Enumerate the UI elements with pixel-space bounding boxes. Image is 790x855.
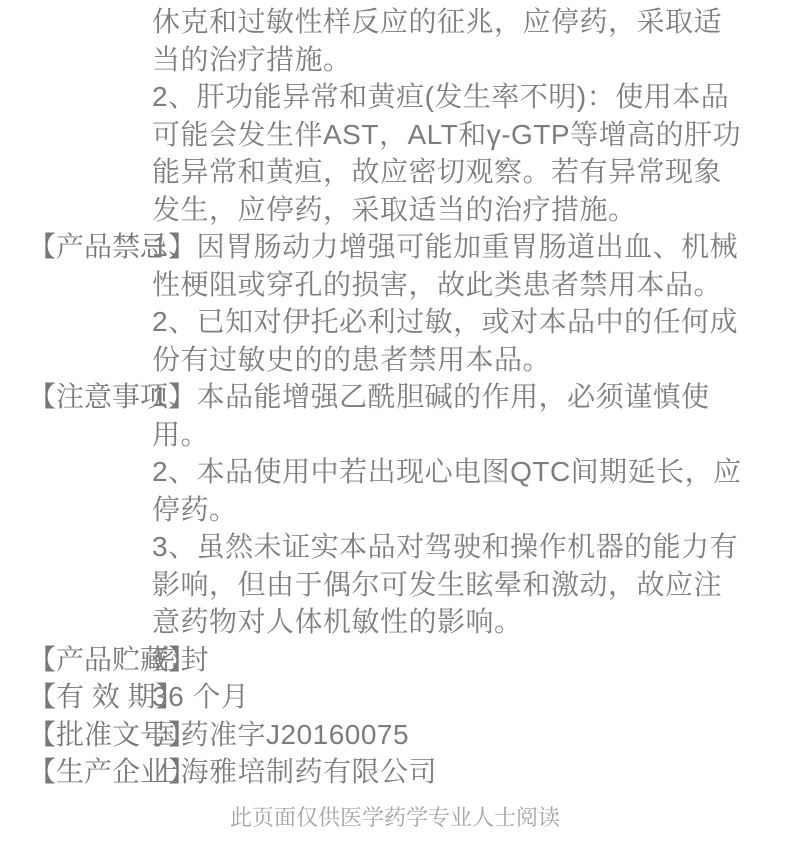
- section-content: 休克和过敏性样反应的征兆，应停药，采取适当的治疗措施。 2、肝功能异常和黄疸(发…: [152, 3, 744, 228]
- paragraph: 2、已知对伊托必利过敏，或对本品中的任何成份有过敏史的的患者禁用本品。: [152, 303, 744, 378]
- section-content: 密封: [152, 641, 744, 679]
- section-label: 【有 效 期】: [0, 678, 152, 716]
- section-label: 【生产企业】: [0, 753, 152, 791]
- section-contraindications: 【产品禁忌】 1、因胃肠动力增强可能加重胃肠道出血、机械性梗阻或穿孔的损害，故此…: [0, 228, 790, 378]
- section-adverse-reactions-continued: 休克和过敏性样反应的征兆，应停药，采取适当的治疗措施。 2、肝功能异常和黄疸(发…: [0, 3, 790, 228]
- section-content: 36 个月: [152, 678, 744, 716]
- section-shelf-life: 【有 效 期】 36 个月: [0, 678, 790, 716]
- paragraph: 2、本品使用中若出现心电图QTC间期延长，应停药。: [152, 453, 744, 528]
- section-storage: 【产品贮藏】 密封: [0, 641, 790, 679]
- section-content: 上海雅培制药有限公司: [152, 753, 744, 791]
- paragraph: 36 个月: [152, 678, 744, 716]
- drug-info-page: 休克和过敏性样反应的征兆，应停药，采取适当的治疗措施。 2、肝功能异常和黄疸(发…: [0, 0, 790, 855]
- paragraph: 1、本品能增强乙酰胆碱的作用，必须谨慎使用。: [152, 378, 744, 453]
- section-content: 1、本品能增强乙酰胆碱的作用，必须谨慎使用。 2、本品使用中若出现心电图QTC间…: [152, 378, 744, 641]
- paragraph: 国药准字J20160075: [152, 716, 744, 754]
- section-manufacturer: 【生产企业】 上海雅培制药有限公司: [0, 753, 790, 791]
- section-content: 1、因胃肠动力增强可能加重胃肠道出血、机械性梗阻或穿孔的损害，故此类患者禁用本品…: [152, 228, 744, 378]
- professional-readers-notice: 此页面仅供医学药学专业人士阅读: [0, 803, 790, 833]
- paragraph: 休克和过敏性样反应的征兆，应停药，采取适当的治疗措施。: [152, 3, 744, 78]
- paragraph: 密封: [152, 641, 744, 679]
- section-label: 【产品禁忌】: [0, 228, 152, 266]
- section-label: 【产品贮藏】: [0, 641, 152, 679]
- paragraph: 1、因胃肠动力增强可能加重胃肠道出血、机械性梗阻或穿孔的损害，故此类患者禁用本品…: [152, 228, 744, 303]
- section-label: 【注意事项】: [0, 378, 152, 416]
- section-precautions: 【注意事项】 1、本品能增强乙酰胆碱的作用，必须谨慎使用。 2、本品使用中若出现…: [0, 378, 790, 641]
- section-content: 国药准字J20160075: [152, 716, 744, 754]
- paragraph: 2、肝功能异常和黄疸(发生率不明)：使用本品可能会发生伴AST，ALT和γ-GT…: [152, 78, 744, 228]
- section-label: 【批准文号】: [0, 716, 152, 754]
- section-approval-number: 【批准文号】 国药准字J20160075: [0, 716, 790, 754]
- paragraph: 上海雅培制药有限公司: [152, 753, 744, 791]
- paragraph: 3、虽然未证实本品对驾驶和操作机器的能力有影响，但由于偶尔可发生眩晕和激动，故应…: [152, 528, 744, 641]
